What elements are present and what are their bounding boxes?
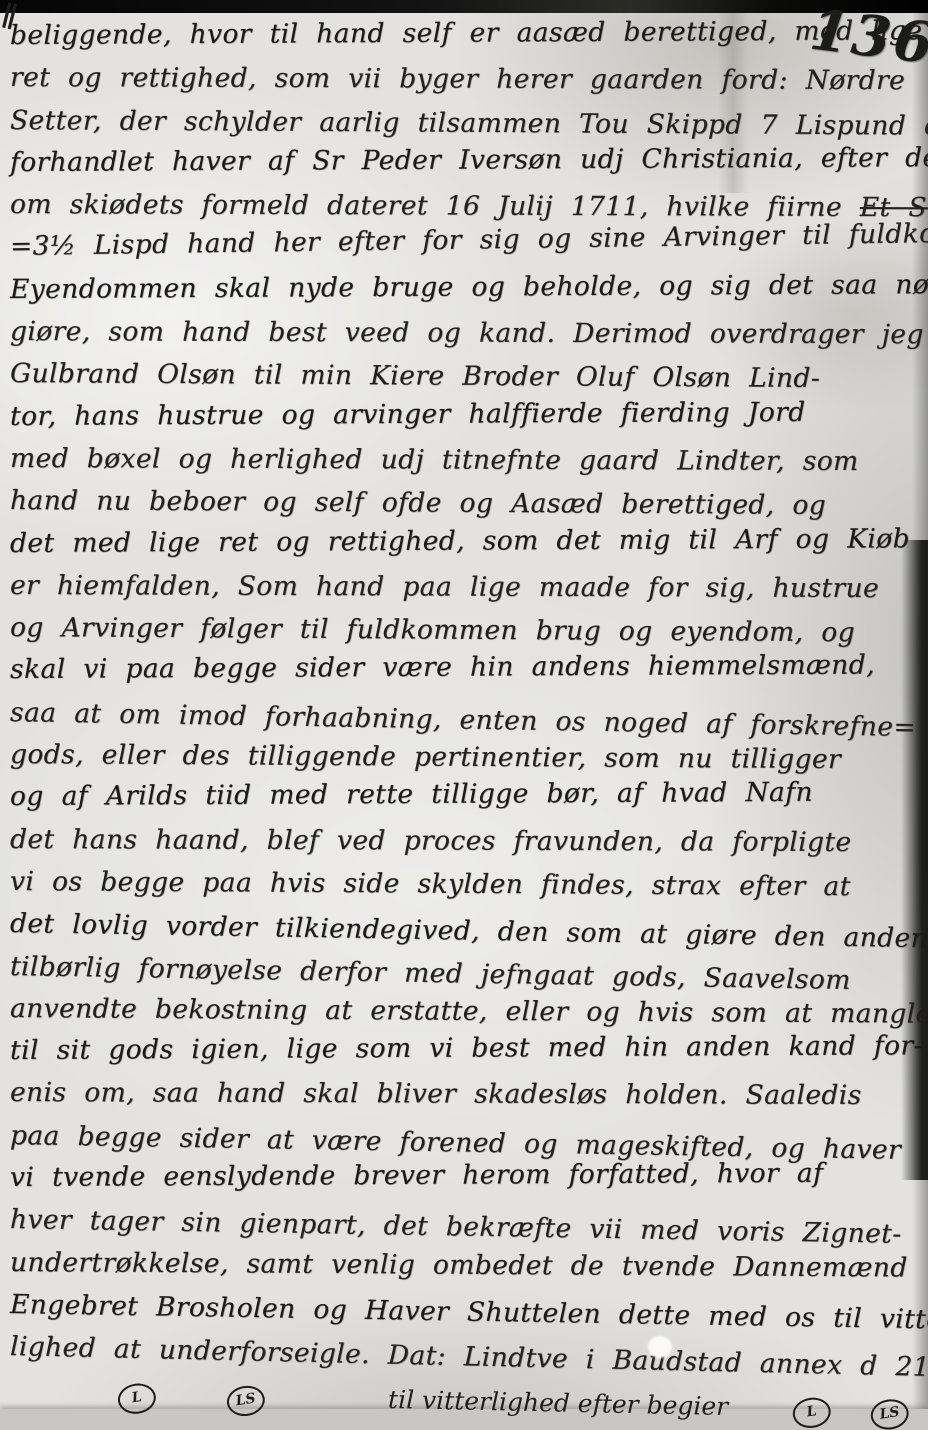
manuscript-line: tor, hans hustrue og arvinger halffierde… [10, 391, 928, 438]
manuscript-line: ret og rettighed, som vii byger herer ga… [10, 57, 928, 103]
manuscript-line: forhandlet haver af Sr Peder Iversøn udj… [10, 137, 928, 184]
manuscript-line: og af Arilds tiid med rette tilligge bør… [10, 771, 928, 818]
manuscript-line: vi tvende eenslydende brever herom forfa… [10, 1152, 928, 1199]
manuscript-line: undertrøkkelse, samt venlig ombedet de t… [10, 1242, 928, 1290]
paper-flaw-blot [648, 1336, 672, 1358]
manuscript-line: er hiemfalden, Som hand paa lige maade f… [10, 565, 928, 611]
seal-mark: LS [225, 1382, 267, 1417]
manuscript-line: Eyendommen skal nyde bruge og beholde, o… [10, 264, 928, 311]
manuscript-line: skal vi paa begge sider være hin andens … [10, 645, 928, 692]
manuscript-line: det hans haand, blef ved proces fravunde… [10, 819, 928, 865]
manuscript-line: vi os begge paa hvis side skylden findes… [10, 861, 928, 909]
seal-mark: L [791, 1394, 833, 1429]
manuscript-text-block: beliggende, hvor til hand self er aasæd … [10, 15, 928, 1415]
manuscript-line: det med lige ret og rettighed, som det m… [10, 518, 928, 565]
attestation-text: til vitterlighed efter begier [388, 1384, 729, 1420]
manuscript-line: enis om, saa hand skal bliver skadesløs … [10, 1072, 928, 1118]
manuscript-line: giøre, som hand best veed og kand. Derim… [10, 311, 928, 357]
seal-mark: LS [868, 1396, 910, 1430]
manuscript-line: med bøxel og herlighed udj titnefnte gaa… [10, 438, 928, 484]
manuscript-page: ∥ 136 beliggende, hvor til hand self er … [0, 0, 928, 1430]
manuscript-line: til sit gods igien, lige som vi best med… [10, 1025, 928, 1072]
manuscript-line: beliggende, hvor til hand self er aasæd … [10, 10, 928, 57]
seal-mark: L [116, 1380, 158, 1415]
